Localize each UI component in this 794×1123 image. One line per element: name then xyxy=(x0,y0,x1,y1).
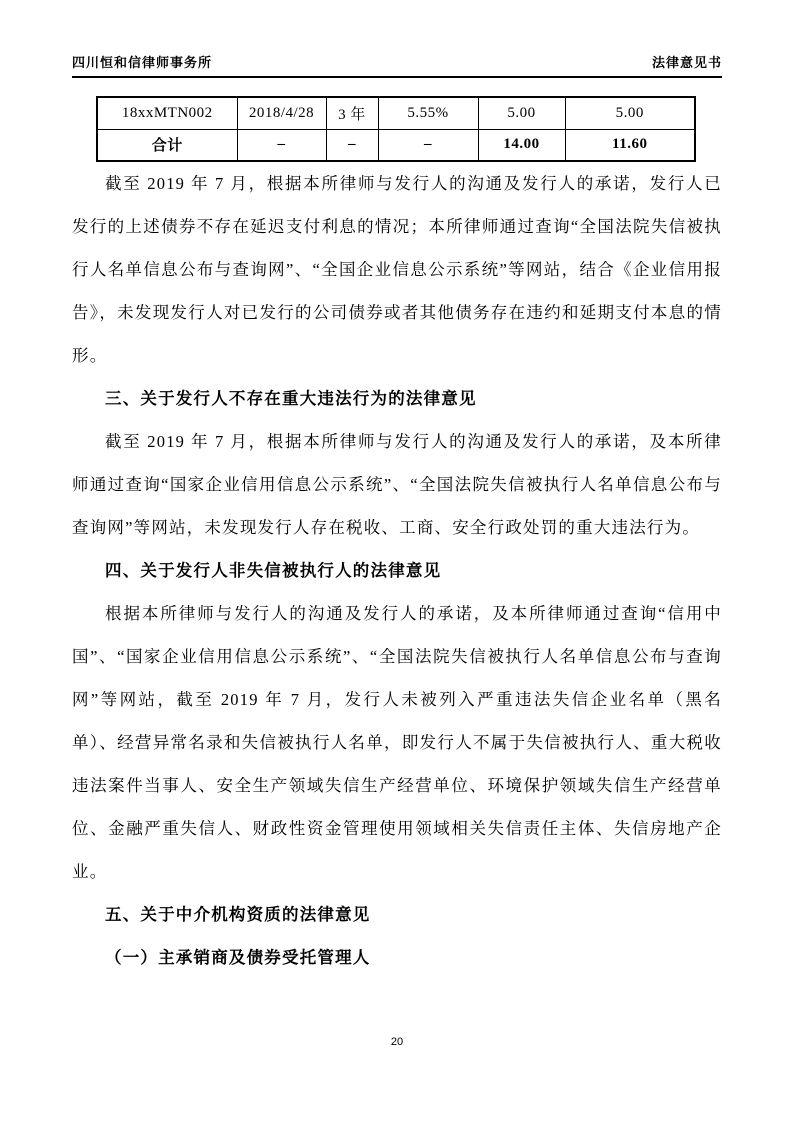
table-cell: 5.00 xyxy=(478,97,565,129)
section-heading: （一）主承销商及债券受托管理人 xyxy=(72,936,722,979)
paragraph: 根据本所律师与发行人的沟通及发行人的承诺，及本所律师通过查询“信用中国”、“国家… xyxy=(72,592,722,893)
section-heading: 三、关于发行人不存在重大违法行为的法律意见 xyxy=(72,377,722,420)
table-cell: 14.00 xyxy=(478,129,565,161)
header-firm-name: 四川恒和信律师事务所 xyxy=(72,52,212,71)
page-number: 20 xyxy=(391,1036,403,1048)
table-row: 18xxMTN0022018/4/283 年5.55%5.005.00 xyxy=(97,97,695,129)
table-cell: 3 年 xyxy=(326,97,378,129)
document-page: 四川恒和信律师事务所 法律意见书 18xxMTN0022018/4/283 年5… xyxy=(0,0,794,1123)
table-cell: 5.00 xyxy=(565,97,695,129)
running-header: 四川恒和信律师事务所 法律意见书 xyxy=(72,52,722,78)
table-cell: 18xxMTN002 xyxy=(97,97,237,129)
table-cell: – xyxy=(326,129,378,161)
bond-table: 18xxMTN0022018/4/283 年5.55%5.005.00合计–––… xyxy=(96,96,696,162)
table-cell: – xyxy=(237,129,326,161)
table-cell: 11.60 xyxy=(565,129,695,161)
table-row: 合计–––14.0011.60 xyxy=(97,129,695,161)
bond-table-wrapper: 18xxMTN0022018/4/283 年5.55%5.005.00合计–––… xyxy=(96,96,696,162)
section-heading: 四、关于发行人非失信被执行人的法律意见 xyxy=(72,549,722,592)
document-body: 截至 2019 年 7 月，根据本所律师与发行人的沟通及发行人的承诺，发行人已发… xyxy=(72,162,722,979)
page-footer: 20 xyxy=(0,1036,794,1048)
table-cell: 合计 xyxy=(97,129,237,161)
paragraph: 截至 2019 年 7 月，根据本所律师与发行人的沟通及发行人的承诺，发行人已发… xyxy=(72,162,722,377)
table-cell: – xyxy=(378,129,478,161)
paragraph: 截至 2019 年 7 月，根据本所律师与发行人的沟通及发行人的承诺，及本所律师… xyxy=(72,420,722,549)
table-cell: 2018/4/28 xyxy=(237,97,326,129)
section-heading: 五、关于中介机构资质的法律意见 xyxy=(72,893,722,936)
table-cell: 5.55% xyxy=(378,97,478,129)
header-doc-type: 法律意见书 xyxy=(652,52,722,71)
